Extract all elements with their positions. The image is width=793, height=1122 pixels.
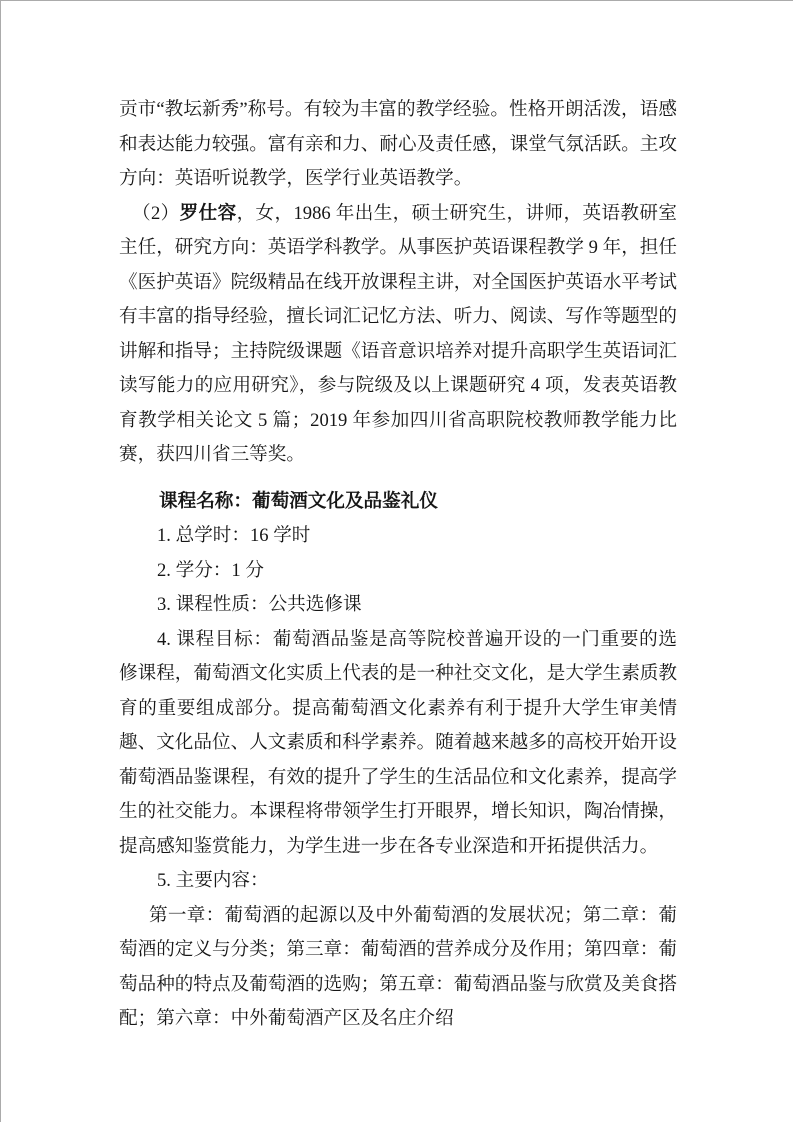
page-content: 贡市“教坛新秀”称号。有较为丰富的教学经验。性格开朗活泼，语感和表达能力较强。富…	[1, 1, 793, 1037]
course-detail-main-content-label: 5. 主要内容：	[119, 864, 677, 899]
teacher2-name: 罗仕容	[180, 203, 237, 224]
course-detail-total-hours: 1. 总学时：16 学时	[119, 519, 677, 554]
document-page: 贡市“教坛新秀”称号。有较为丰富的教学经验。性格开朗活泼，语感和表达能力较强。富…	[0, 0, 793, 1122]
paragraph-chapter-list: 第一章：葡萄酒的起源以及中外葡萄酒的发展状况；第二章：葡萄酒的定义与分类；第三章…	[119, 899, 677, 1037]
course-detail-course-type: 3. 课程性质：公共选修课	[119, 588, 677, 623]
course-detail-objectives: 4. 课程目标：葡萄酒品鉴是高等院校普遍开设的一门重要的选修课程，葡萄酒文化实质…	[119, 623, 677, 865]
teacher2-list-number: （2）	[132, 203, 180, 224]
paragraph-teacher1-continuation: 贡市“教坛新秀”称号。有较为丰富的教学经验。性格开朗活泼，语感和表达能力较强。富…	[119, 93, 677, 197]
paragraph-teacher2: （2）罗仕容，女，1986 年出生，硕士研究生，讲师，英语教研室主任，研究方向：…	[119, 197, 677, 473]
teacher2-bio: ，女，1986 年出生，硕士研究生，讲师，英语教研室主任，研究方向：英语学科教学…	[119, 203, 677, 466]
course-title-heading: 课程名称：葡萄酒文化及品鉴礼仪	[119, 485, 677, 520]
course-detail-credits: 2. 学分：1 分	[119, 554, 677, 589]
